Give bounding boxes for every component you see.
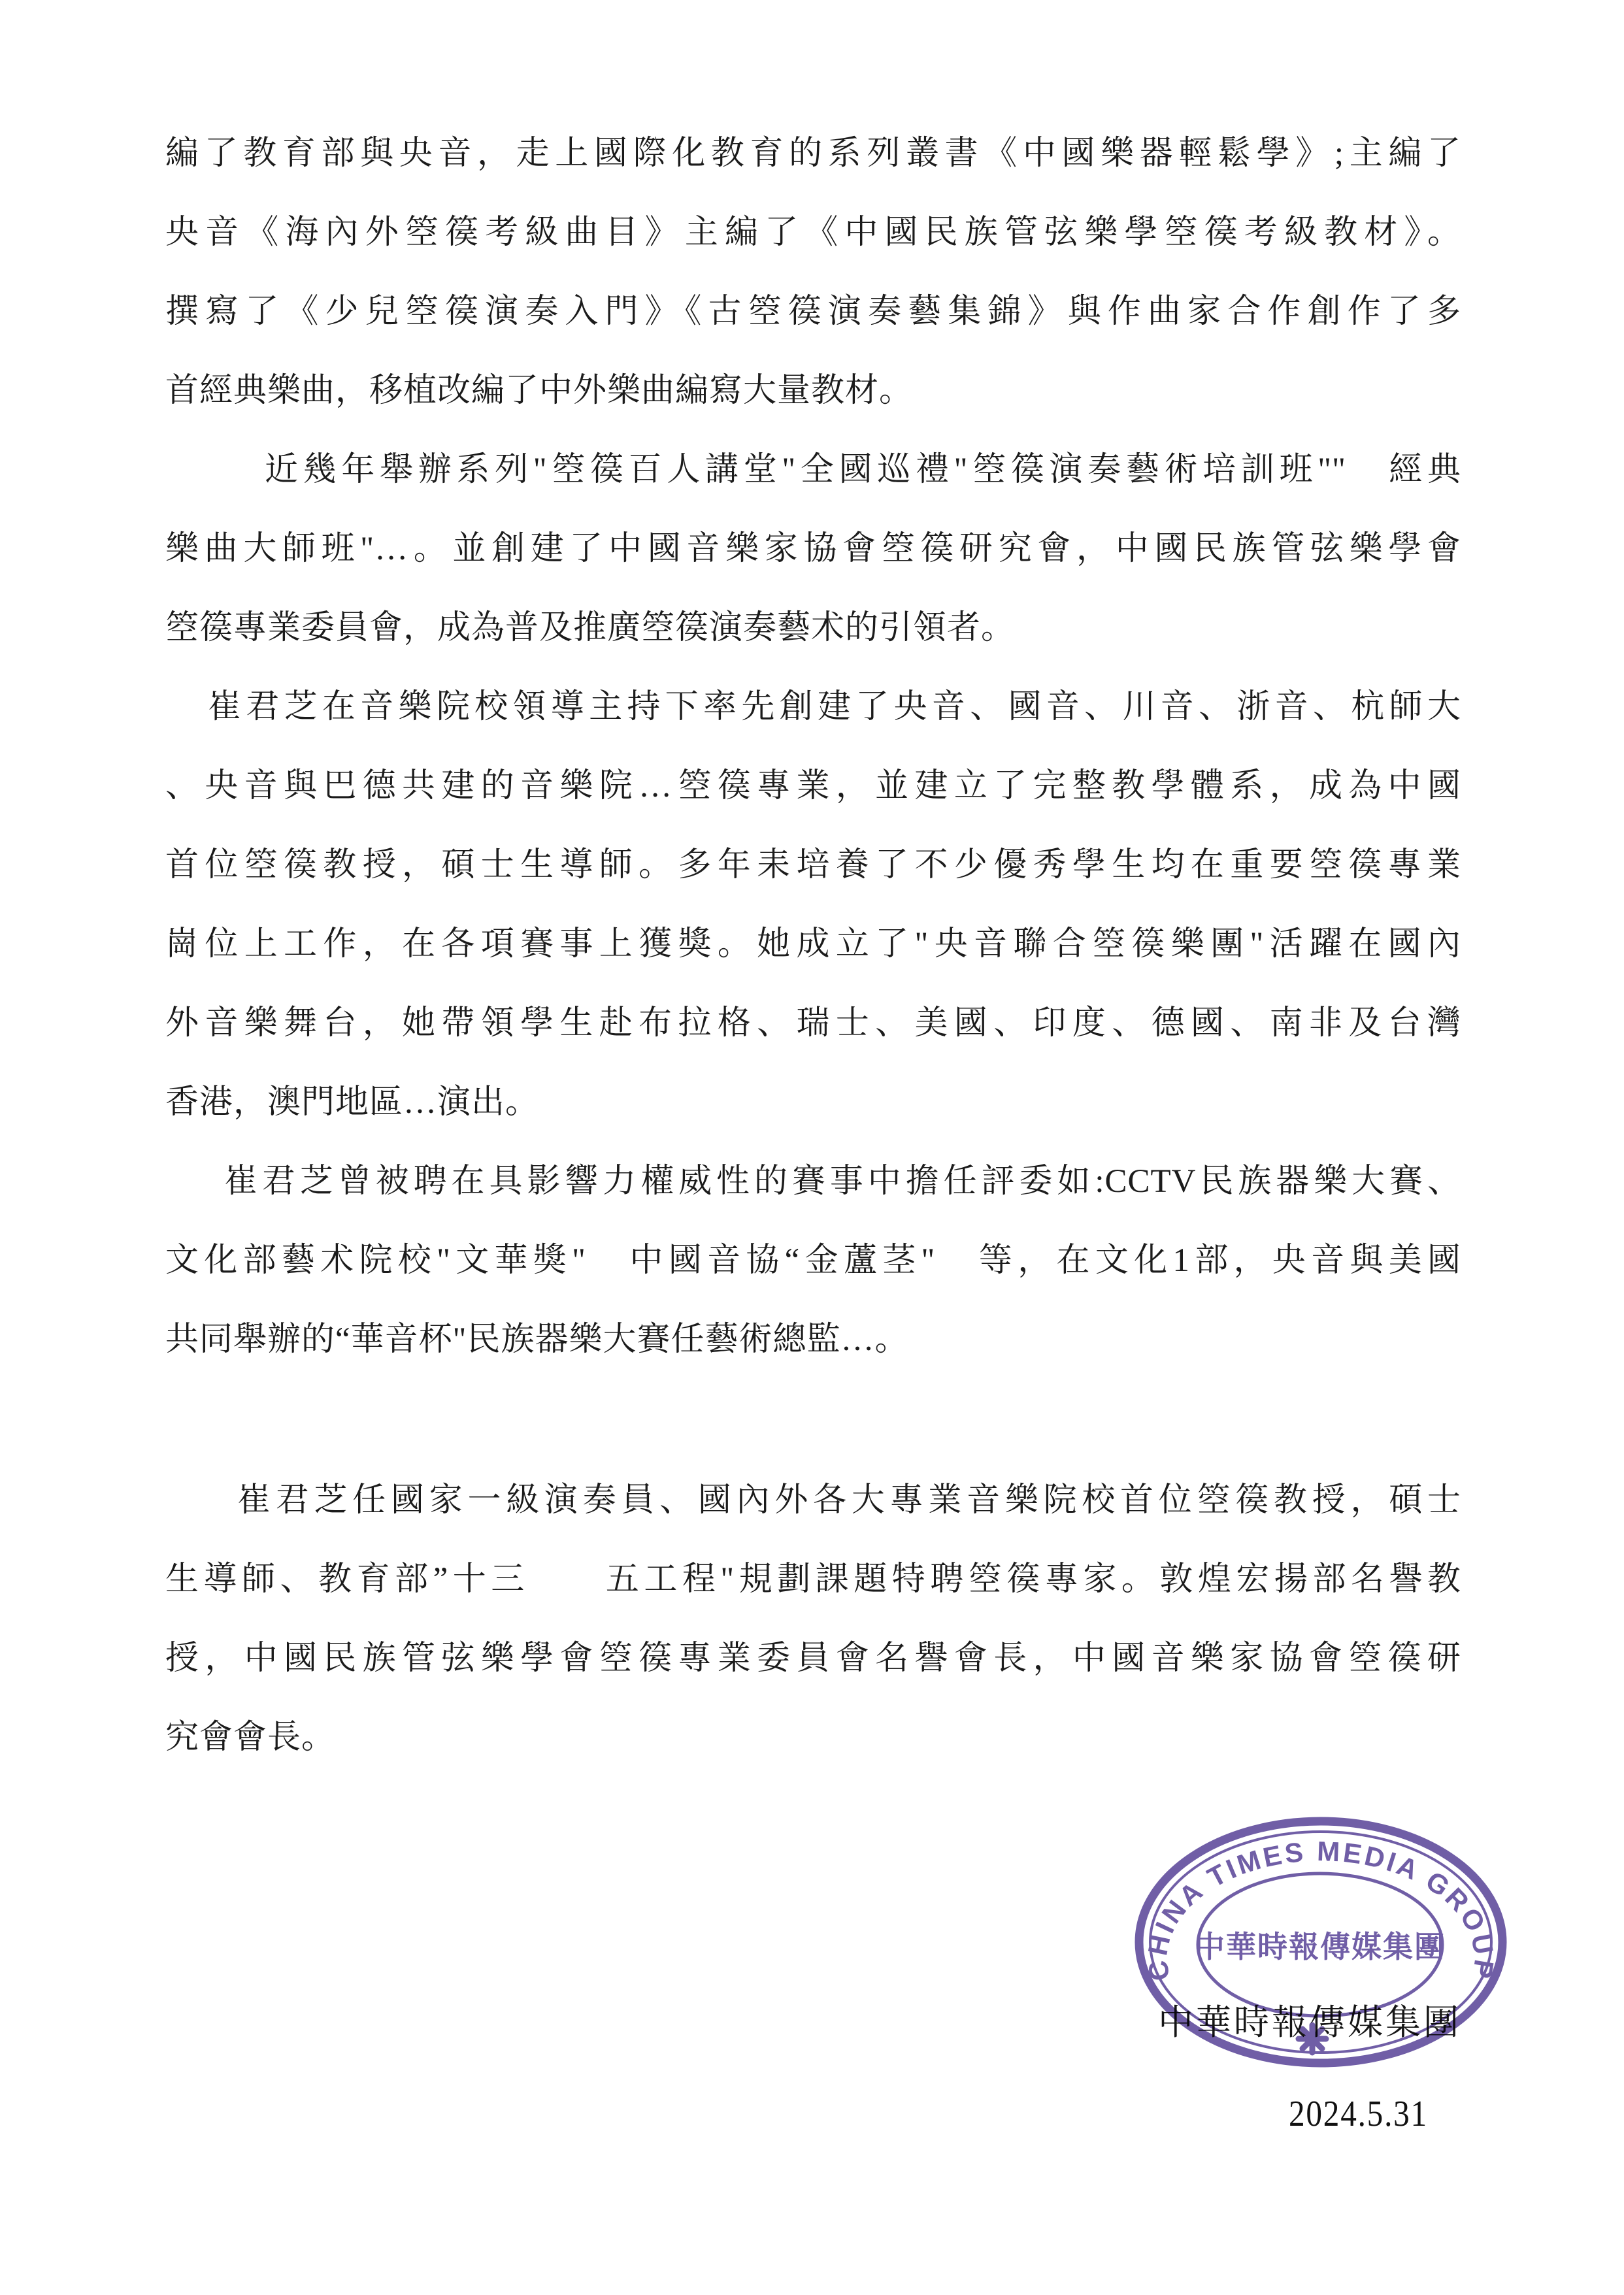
paragraph: 崔君芝曾被聘在具影響力權威性的賽事中擔任評委如:CCTV民族器樂大賽、文化部藝术… [165,1142,1461,1379]
text-line: 崔君芝在音樂院校領導主持下率先創建了央音、國音、川音、浙音、杭師大 [165,668,1461,747]
document-body: 編了教育部與央音，走上國際化教育的系列叢書《中國樂器輕鬆學》;主編了央音《海內外… [165,114,1461,1777]
text-line: 共同舉辦的“華音杯"民族器樂大賽任藝術總監…。 [165,1300,1461,1379]
text-line: 樂曲大師班"…。並創建了中國音樂家協會箜篌研究會，中國民族管弦樂學會 [165,510,1461,589]
text-line: 、央音與巴德共建的音樂院…箜篌專業，並建立了完整教學體系，成為中國 [165,747,1461,826]
paragraph: 編了教育部與央音，走上國際化教育的系列叢書《中國樂器輕鬆學》;主編了央音《海內外… [165,114,1461,431]
text-line: 首經典樂曲，移植改編了中外樂曲編寫大量教材。 [165,352,1461,431]
text-line: 首位箜篌教授，碩士生導師。多年耒培養了不少優秀學生均在重要箜篌專業 [165,826,1461,905]
text-line: 央音《海內外箜篌考級曲目》主編了《中國民族管弦樂學箜篌考級教材》。 [165,193,1461,272]
paragraph: 崔君芝任國家一級演奏員、國內外各大專業音樂院校首位箜篌教授，碩士生導師、教育部”… [165,1461,1461,1777]
text-line: 崗位上工作，在各項賽事上獲獎。她成立了"央音聯合箜篌樂團"活躍在國內 [165,905,1461,984]
text-line: 文化部藝术院校"文華獎" 中國音協“金蘆茎" 等，在文化1部，央音與美國 [165,1221,1461,1300]
company-stamp: CHINA TIMES MEDIA GROUP 中華時報傳媒集團 [1131,1813,1513,2072]
document-page: 編了教育部與央音，走上國際化教育的系列叢書《中國樂器輕鬆學》;主編了央音《海內外… [0,0,1624,2295]
text-line: 近幾年舉辦系列"箜篌百人講堂"全國巡禮"箜篌演奏藝術培訓班"" 經典 [165,431,1461,510]
text-line: 崔君芝任國家一級演奏員、國內外各大專業音樂院校首位箜篌教授，碩士 [165,1461,1461,1540]
text-line: 香港，澳門地區…演出。 [165,1063,1461,1142]
text-line: 生導師、教育部”十三 五工程"規劃課題特聘箜篌專家。敦煌宏揚部名譽教 [165,1540,1461,1619]
paragraph: 近幾年舉辦系列"箜篌百人講堂"全國巡禮"箜篌演奏藝術培訓班"" 經典樂曲大師班"… [165,431,1461,668]
text-line: 箜篌專業委員會，成為普及推廣箜篌演奏藝术的引領者。 [165,589,1461,668]
stamp-center-text: 中華時報傳媒集團 [1195,1930,1446,1964]
text-line: 外音樂舞台，她帶領學生赴布拉格、瑞士、美國、印度、德國、南非及台灣 [165,984,1461,1063]
paragraph: 崔君芝在音樂院校領導主持下率先創建了央音、國音、川音、浙音、杭師大、央音與巴德共… [165,668,1461,1142]
date-line: 2024.5.31 [1289,2094,1428,2134]
text-line: 授，中國民族管弦樂學會箜篌專業委員會名譽會長，中國音樂家協會箜篌研 [165,1619,1461,1698]
text-line: 究會會長。 [165,1698,1461,1777]
text-line: 編了教育部與央音，走上國際化教育的系列叢書《中國樂器輕鬆學》;主編了 [165,114,1461,193]
text-line: 崔君芝曾被聘在具影響力權威性的賽事中擔任評委如:CCTV民族器樂大賽、 [165,1142,1461,1221]
text-line: 撰寫了《少兒箜篌演奏入門》《古箜篌演奏藝集錦》與作曲家合作創作了多 [165,272,1461,352]
stamp-star-icon [1299,2025,1326,2053]
